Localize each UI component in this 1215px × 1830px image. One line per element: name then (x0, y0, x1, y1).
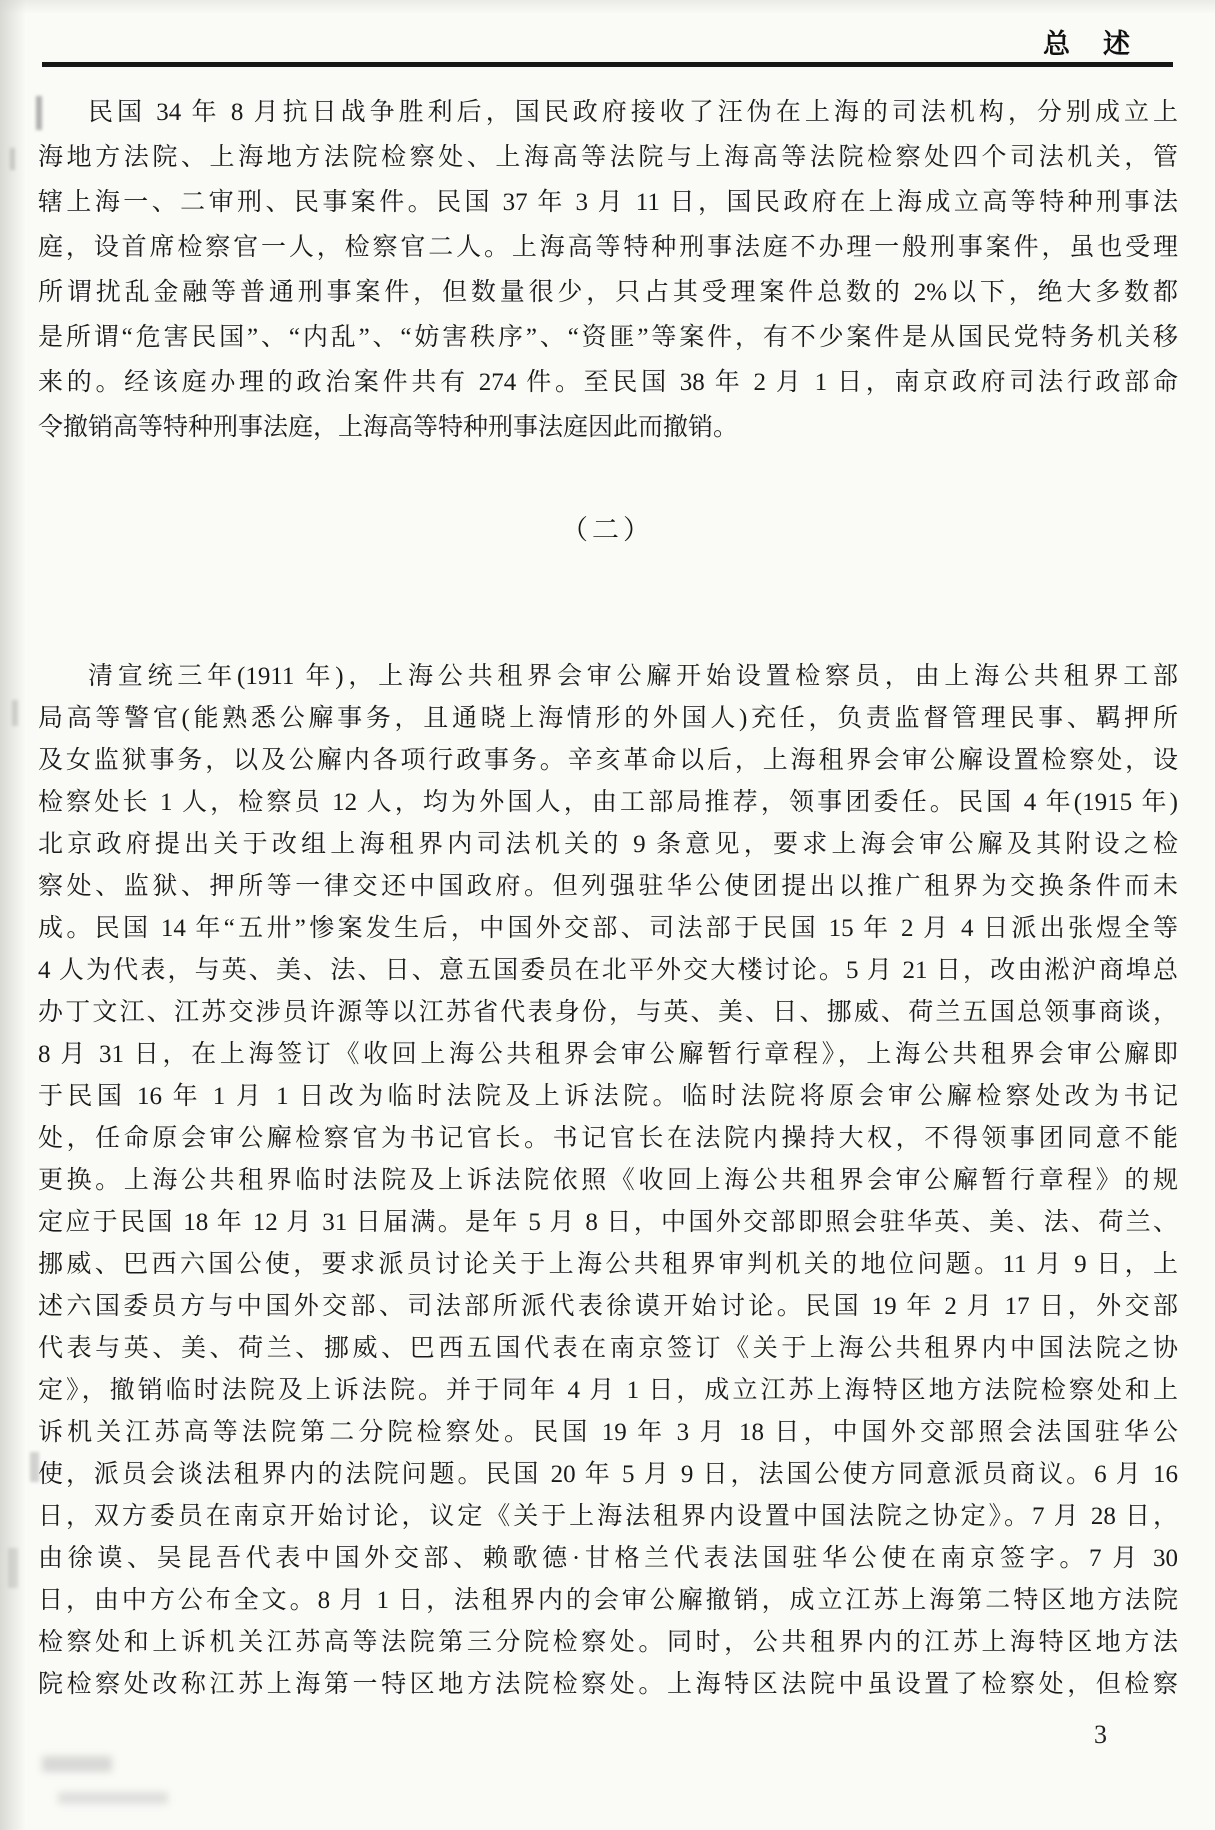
text-line: 更换。上海公共租界临时法院及上诉法院依照《收回上海公共租界会审公廨暂行章程》的规 (38, 1160, 1178, 1202)
text-line: 检察处长 1 人，检察员 12 人，均为外国人，由工部局推荐，领事团委任。民国 … (38, 782, 1178, 824)
scan-artifact (42, 1756, 112, 1772)
scan-artifact (12, 700, 18, 726)
text-line: 代表与英、美、荷兰、挪威、巴西五国代表在南京签订《关于上海公共租界内中国法院之协 (38, 1328, 1178, 1370)
text-line: 日，双方委员在南京开始讨论，议定《关于上海法租界内设置中国法院之协定》。7 月 … (38, 1496, 1178, 1538)
text-line: 北京政府提出关于改组上海租界内司法机关的 9 条意见，要求上海会审公廨及其附设之… (38, 824, 1178, 866)
text-line: 来的。经该庭办理的政治案件共有 274 件。至民国 38 年 2 月 1 日，南… (38, 360, 1178, 405)
text-line: 令撤销高等特种刑事法庭，上海高等特种刑事法庭因此而撤销。 (38, 405, 1178, 450)
text-line: 8 月 31 日，在上海签订《收回上海公共租界会审公廨暂行章程》，上海公共租界会… (38, 1034, 1178, 1076)
text-line: 辖上海一、二审刑、民事案件。民国 37 年 3 月 11 日，国民政府在上海成立… (38, 180, 1178, 225)
text-line: 清宣统三年(1911 年)，上海公共租界会审公廨开始设置检察员，由上海公共租界工… (38, 656, 1178, 698)
text-line: 察处、监狱、押所等一律交还中国政府。但列强驻华公使团提出以推广租界为交换条件而未 (38, 866, 1178, 908)
section-heading: （二） (0, 508, 1215, 547)
text-line: 及女监狱事务，以及公廨内各项行政事务。辛亥革命以后，上海租界会审公廨设置检察处，… (38, 740, 1178, 782)
text-line: 述六国委员方与中国外交部、司法部所派代表徐谟开始讨论。民国 19 年 2 月 1… (38, 1286, 1178, 1328)
text-line: 所谓扰乱金融等普通刑事案件，但数量很少，只占其受理案件总数的 2%以下，绝大多数… (38, 270, 1178, 315)
text-line: 诉机关江苏高等法院第二分院检察处。民国 19 年 3 月 18 日，中国外交部照… (38, 1412, 1178, 1454)
text-line: 定》，撤销临时法院及上诉法院。并于同年 4 月 1 日，成立江苏上海特区地方法院… (38, 1370, 1178, 1412)
paragraph-2: 清宣统三年(1911 年)，上海公共租界会审公廨开始设置检察员，由上海公共租界工… (38, 656, 1178, 1706)
text-line: 院检察处改称江苏上海第一特区地方法院检察处。上海特区法院中虽设置了检察处，但检察 (38, 1664, 1178, 1706)
text-line: 是所谓“危害民国”、“内乱”、“妨害秩序”、“资匪”等案件，有不少案件是从国民党… (38, 315, 1178, 360)
text-line: 办丁文江、江苏交涉员许源等以江苏省代表身份，与英、美、日、挪威、荷兰五国总领事商… (38, 992, 1178, 1034)
paragraph-1: 民国 34 年 8 月抗日战争胜利后，国民政府接收了汪伪在上海的司法机构，分别成… (38, 90, 1178, 450)
scan-artifact (58, 1792, 168, 1804)
text-line: 庭，设首席检察官一人，检察官二人。上海高等特种刑事法庭不办理一般刑事案件，虽也受… (38, 225, 1178, 270)
header-rule (42, 62, 1173, 67)
text-line: 使，派员会谈法租界内的法院问题。民国 20 年 5 月 9 日，法国公使方同意派… (38, 1454, 1178, 1496)
text-line: 由徐谟、吴昆吾代表中国外交部、赖歌德·甘格兰代表法国驻华公使在南京签字。7 月 … (38, 1538, 1178, 1580)
text-line: 挪威、巴西六国公使，要求派员讨论关于上海公共租界审判机关的地位问题。11 月 9… (38, 1244, 1178, 1286)
text-line: 于民国 16 年 1 月 1 日改为临时法院及上诉法院。临时法院将原会审公廨检察… (38, 1076, 1178, 1118)
text-line: 海地方法院、上海地方法院检察处、上海高等法院与上海高等法院检察处四个司法机关，管 (38, 135, 1178, 180)
text-line: 日，由中方公布全文。8 月 1 日，法租界内的会审公廨撤销，成立江苏上海第二特区… (38, 1580, 1178, 1622)
text-line: 成。民国 14 年“五卅”惨案发生后，中国外交部、司法部于民国 15 年 2 月… (38, 908, 1178, 950)
scan-artifact (8, 1548, 18, 1588)
scan-edge-shading-top (0, 0, 1215, 14)
text-line: 定应于民国 18 年 12 月 31 日届满。是年 5 月 8 日，中国外交部即… (38, 1202, 1178, 1244)
page-number: 3 (1094, 1720, 1107, 1750)
running-head-title: 总 述 (1043, 22, 1133, 61)
text-line: 4 人为代表，与英、美、法、日、意五国委员在北平外交大楼讨论。5 月 21 日，… (38, 950, 1178, 992)
text-line: 民国 34 年 8 月抗日战争胜利后，国民政府接收了汪伪在上海的司法机构，分别成… (38, 90, 1178, 135)
scan-edge-shading-left (0, 0, 26, 1830)
scan-artifact (10, 148, 15, 170)
text-line: 检察处和上诉机关江苏高等法院第三分院检察处。同时，公共租界内的江苏上海特区地方法 (38, 1622, 1178, 1664)
text-line: 局高等警官(能熟悉公廨事务，且通晓上海情形的外国人)充任，负责监督管理民事、羁押… (38, 698, 1178, 740)
text-line: 处，任命原会审公廨检察官为书记官长。书记官长在法院内操持大权，不得领事团同意不能 (38, 1118, 1178, 1160)
